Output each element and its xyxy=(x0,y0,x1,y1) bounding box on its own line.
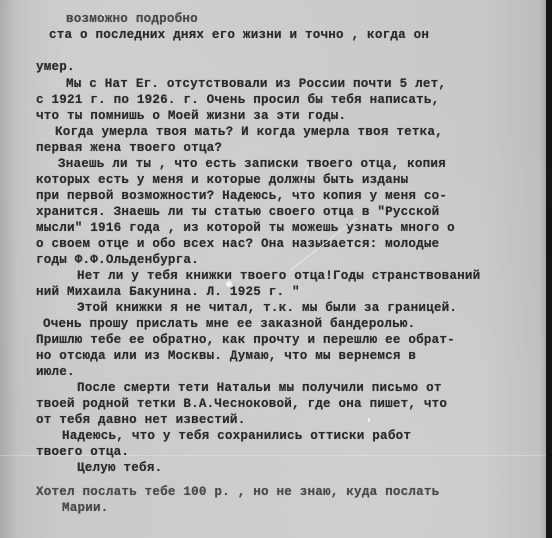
text-line-21: но отсюда или из Москвы. Думаю, что мы в… xyxy=(36,348,416,364)
text-line-24: твоей родной тетки В.А.Чесноковой, где о… xyxy=(36,396,447,412)
text-line-18: Этой книжки я не читал, т.к. мы были за … xyxy=(77,300,457,316)
text-line-13: мысли" 1916 года , из которой ты можешь … xyxy=(36,220,455,236)
text-line-1: возможно подробно xyxy=(66,11,198,27)
text-line-30: Марии. xyxy=(62,500,109,516)
text-line-11: при первой возможности? Надеюсь, что коп… xyxy=(36,188,447,204)
text-line-7: Когда умерла твоя мать? И когда умерла т… xyxy=(55,124,443,140)
text-line-10: которых есть у меня и которые должны быт… xyxy=(36,172,408,188)
text-line-22: июле. xyxy=(36,364,75,380)
text-line-28: Целую тебя. xyxy=(77,460,162,476)
text-line-23: После смерти тети Натальи мы получили пи… xyxy=(77,380,442,396)
dust-speck xyxy=(368,418,370,422)
text-line-20: Пришлю тебе ее обратно, как прочту и пер… xyxy=(36,332,455,348)
text-line-27: твоего отца. xyxy=(36,444,129,460)
dust-speck xyxy=(226,281,232,287)
text-line-25: от тебя давно нет известий. xyxy=(36,412,245,428)
text-line-14: о своем отце и обо всех нас? Она называе… xyxy=(36,236,439,252)
scanned-letter-page: возможно подробно ста о последних днях е… xyxy=(0,0,546,538)
text-line-3: умер. xyxy=(36,59,75,75)
text-line-26: Надеюсь, что у тебя сохранились оттиски … xyxy=(62,428,411,444)
text-line-8: первая жена твоего отца? xyxy=(36,140,222,156)
text-line-4: Мы с Нат Ег. отсутствовали из России поч… xyxy=(66,76,446,92)
text-line-2: ста о последних днях его жизни и точно ,… xyxy=(49,27,429,43)
text-line-19: Очень прошу прислать мне ее заказной бан… xyxy=(43,316,415,332)
text-line-12: хранится. Знаешь ли ты статью своего отц… xyxy=(36,204,439,220)
scan-border xyxy=(546,0,552,538)
text-line-5: с 1921 г. по 1926. г. Очень просил бы те… xyxy=(36,92,439,108)
text-line-15: годы Ф.Ф.Ольденбурга. xyxy=(36,252,199,268)
text-line-16: Нет ли у тебя книжки твоего отца!Годы ст… xyxy=(77,268,480,284)
text-line-29: Хотел послать тебе 100 р. , но не знаю, … xyxy=(36,484,439,500)
dust-speck xyxy=(102,14,104,16)
text-line-6: что ты помнишь о Моей жизни за эти годы. xyxy=(36,108,346,124)
text-line-17: ний Михаила Бакунина. Л. 1925 г. " xyxy=(36,284,300,300)
text-line-9: Знаешь ли ты , что есть записки твоего о… xyxy=(58,156,446,172)
